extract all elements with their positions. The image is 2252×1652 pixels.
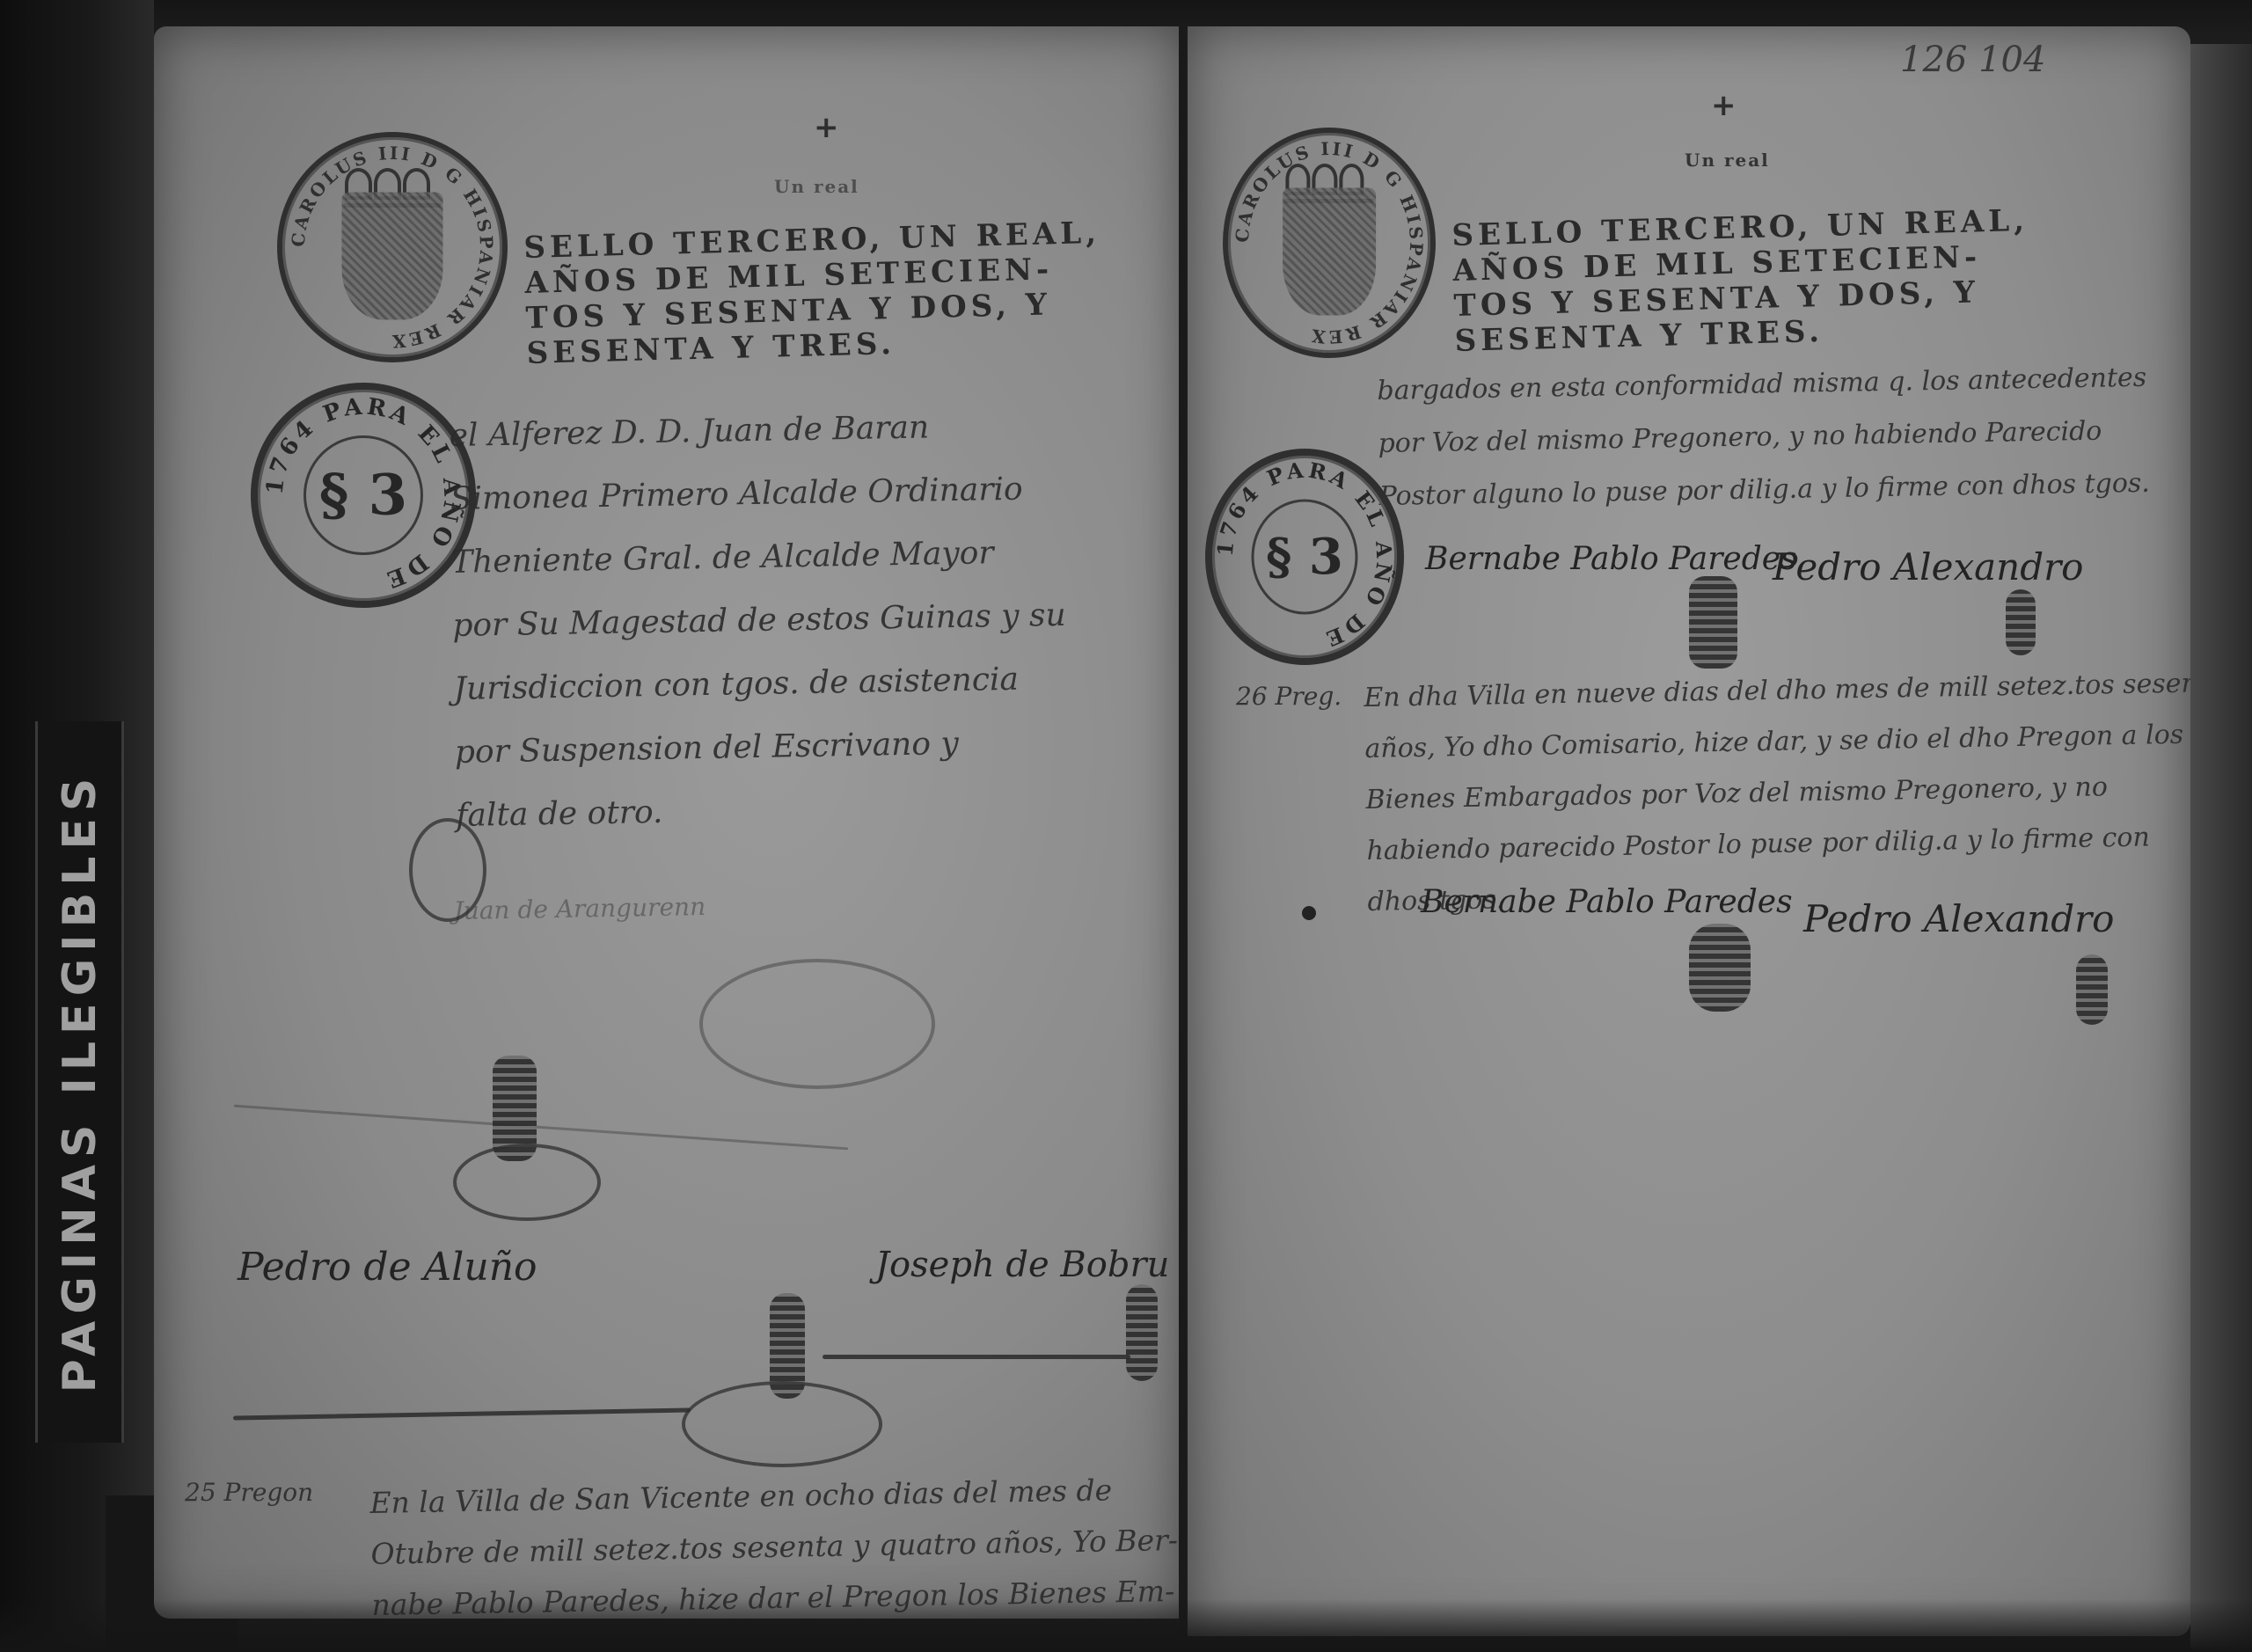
margin-note: 26 Preg. — [1236, 682, 1342, 711]
page-gutter — [1179, 26, 1186, 1636]
sello-tercero-printed-header: SELLO TERCERO, UN REAL, AÑOS DE MIL SETE… — [523, 216, 1104, 371]
cross-mark: + — [814, 110, 839, 145]
signature-pedro-alexandro: Pedro Alexandro — [1773, 545, 2083, 588]
spine-label: PAGINAS ILEGIBLES — [35, 721, 124, 1443]
signature-underline — [233, 1407, 691, 1420]
seal-legend: CAROLUS III D G HISPANIAR REX — [282, 137, 502, 357]
bleed-through-stroke — [234, 1105, 849, 1151]
royal-seal-stamp: CAROLUS III D G HISPANIAR REX — [277, 132, 508, 362]
right-page: 126 104 + Un real CAROLUS III D G HISPAN… — [1188, 26, 2190, 1636]
handwritten-line: falta de otro. — [456, 774, 1070, 848]
handwritten-line: Simonea Primero Alcalde Ordinario — [450, 457, 1064, 531]
signature-rubric — [2076, 954, 2108, 1025]
seal-legend: CAROLUS III D G HISPANIAR REX — [1228, 133, 1430, 353]
scan-bottom-shadow — [0, 1599, 2252, 1652]
signature-flourish — [453, 1144, 601, 1221]
ink-dot — [1302, 906, 1316, 920]
signature-rubric — [1689, 576, 1737, 669]
signature-underline — [823, 1355, 1130, 1359]
signature-flourish — [682, 1381, 882, 1467]
signature-pedro: Pedro de Aluño — [238, 1245, 537, 1290]
signature-bernabe: Bernabe Pablo Paredes — [1421, 884, 1793, 920]
handwritten-line: Jurisdiccion con tgos. de asistencia — [453, 647, 1067, 721]
left-page: + Un real CAROLUS III D G HISPANIAR REX … — [154, 26, 1183, 1619]
handwritten-line: Juan de Arangurenn — [453, 880, 706, 939]
folio-number: 126 104 — [1900, 40, 2045, 80]
stamp-value-label: Un real — [1685, 150, 1770, 171]
left-body-text: el Alferez D. D. Juan de Baran Simonea P… — [449, 394, 1070, 848]
signature-joseph: Joseph de Bobru — [875, 1245, 1169, 1285]
cross-mark: + — [1711, 88, 1737, 123]
signature-rubric — [1126, 1284, 1158, 1381]
stamp-value-label: Un real — [774, 176, 859, 197]
revalidation-number: § 3 — [1266, 528, 1343, 586]
margin-note: 25 Pregon — [185, 1478, 313, 1507]
revalidation-stamp: 1764 PARA EL AÑO DE § 3 — [251, 383, 476, 608]
handwritten-line: por Su Magestad de estos Guinas y su — [452, 584, 1066, 658]
revalidation-number: § 3 — [319, 463, 407, 529]
svg-text:CAROLUS III D G HISPANIAR REX: CAROLUS III D G HISPANIAR REX — [1232, 138, 1428, 348]
handwritten-line: por Suspension del Escrivano y — [454, 711, 1068, 785]
royal-seal-stamp: CAROLUS III D G HISPANIAR REX — [1223, 128, 1436, 358]
revalidation-stamp: 1764 PARA EL AÑO DE § 3 — [1205, 449, 1404, 665]
signature-pedro-alexandro: Pedro Alexandro — [1803, 897, 2114, 940]
svg-text:CAROLUS III D G HISPANIAR REX: CAROLUS III D G HISPANIAR REX — [288, 143, 498, 352]
spine-label-text: PAGINAS ILEGIBLES — [54, 771, 106, 1393]
flourish-mark — [409, 818, 486, 922]
signature-rubric — [2006, 589, 2036, 655]
handwritten-line: el Alferez D. D. Juan de Baran — [449, 394, 1063, 468]
right-first-block: bargados en esta conformidad misma q. lo… — [1377, 352, 2150, 523]
faint-secondary-text: Juan de Arangurenn — [453, 880, 706, 939]
bleed-through-flourish — [699, 959, 935, 1089]
signature-rubric — [1689, 924, 1751, 1012]
next-page-edge — [2190, 44, 2252, 1652]
sello-tercero-printed-header: SELLO TERCERO, UN REAL, AÑOS DE MIL SETE… — [1451, 203, 2032, 359]
handwritten-line: Theniente Gral. de Alcalde Mayor — [451, 521, 1065, 595]
signature-bernabe: Bernabe Pablo Paredes — [1425, 541, 1797, 577]
book-spine: PAGINAS ILEGIBLES — [0, 0, 154, 1652]
